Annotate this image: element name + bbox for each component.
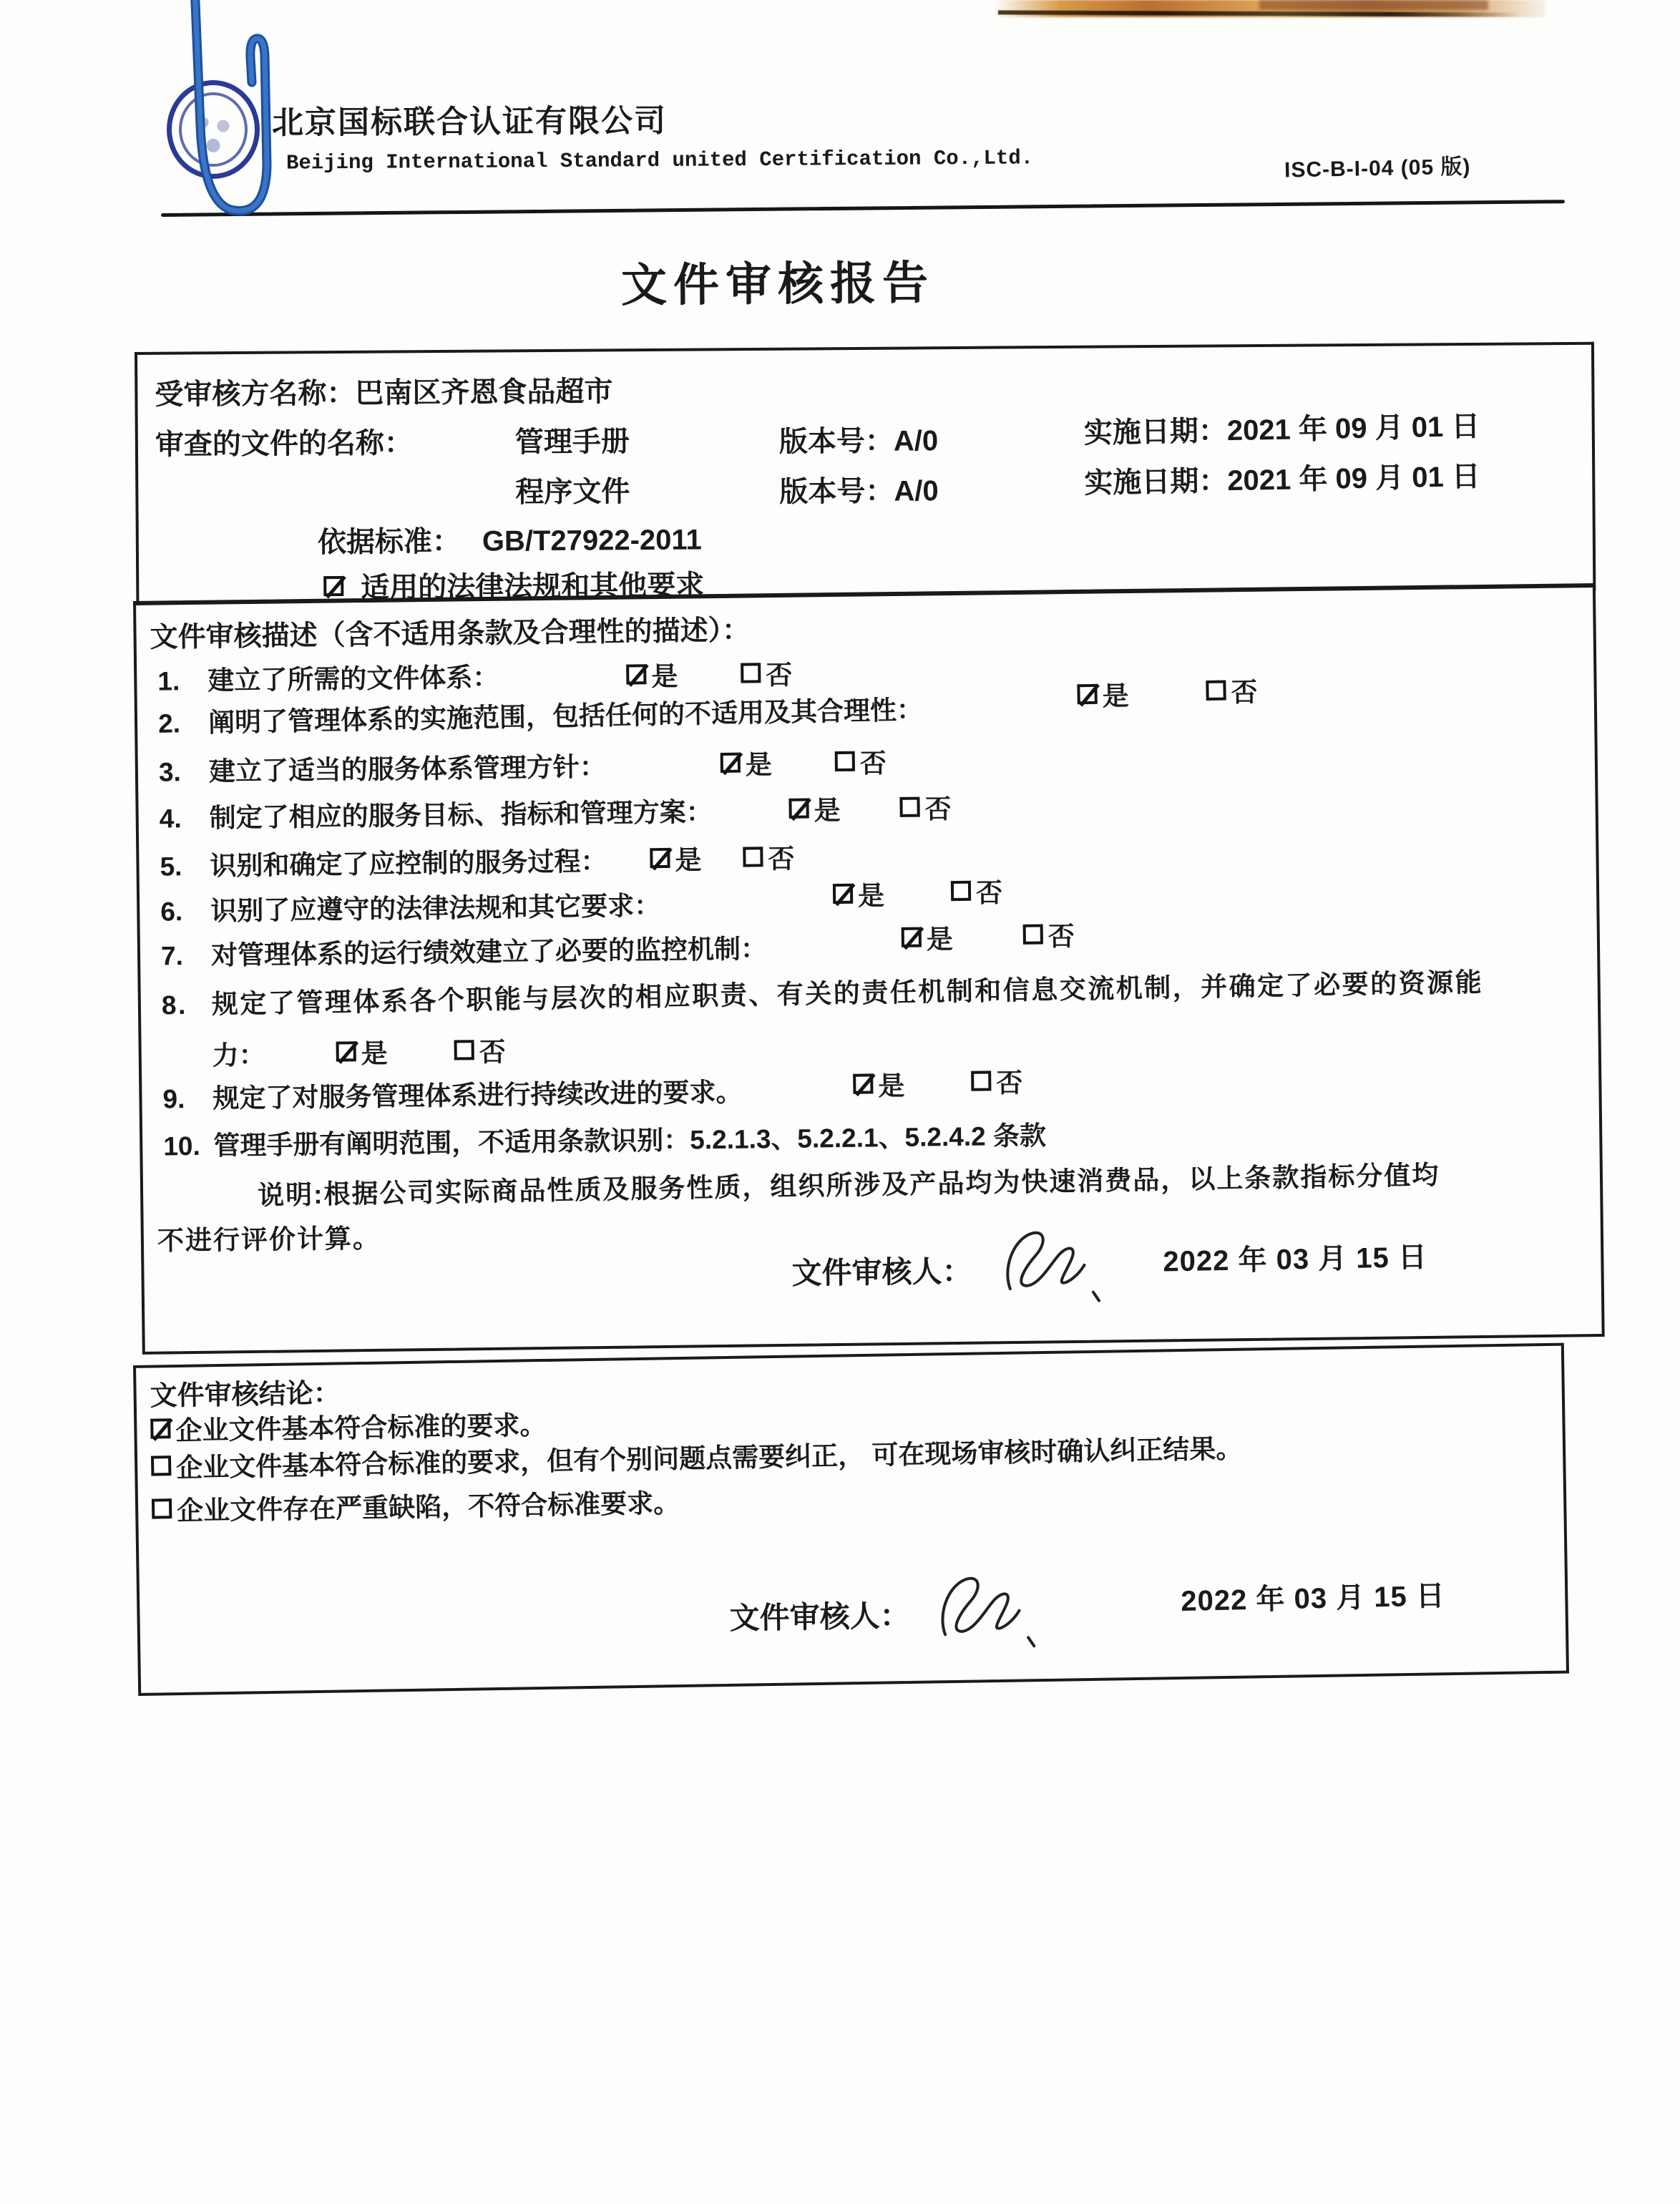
- item-number: 3.: [159, 757, 210, 788]
- standard-row: 依据标准：GB/T27922-2011: [318, 517, 702, 560]
- yes-label: 是: [926, 917, 953, 956]
- yes-label: 是: [814, 789, 841, 827]
- legal-req-checkbox[interactable]: [323, 575, 343, 595]
- item-text: 建立了所需的文件体系：: [207, 663, 499, 696]
- version-label: 版本号：: [779, 476, 894, 508]
- doc2-name: 程序文件: [515, 469, 630, 510]
- company-name-cn: 北京国标联合认证有限公司: [272, 95, 667, 143]
- checkbox-yes[interactable]: [721, 753, 741, 773]
- version-label: 版本号：: [779, 426, 894, 458]
- checkbox-no[interactable]: [743, 847, 763, 867]
- no-label: 否: [479, 1030, 506, 1069]
- impl-date-label: 实施日期：: [1084, 465, 1228, 499]
- doc1-version-row: 版本号：A/0: [779, 418, 939, 460]
- review-item-4: 4.制定了相应的服务目标、指标和管理方案： 是 否: [159, 790, 713, 835]
- item-text: 识别和确定了应控制的服务过程：: [210, 847, 607, 881]
- no-label: 否: [976, 871, 1003, 910]
- conclusion-sign-date: 2022 年 03 月 15 日: [1181, 1573, 1446, 1619]
- review-item-10: 10.管理手册有阐明范围，不适用条款识别：5.2.1.3、5.2.2.1、5.2…: [163, 1113, 1046, 1163]
- no-label: 否: [768, 837, 795, 876]
- item-number: 1.: [157, 666, 208, 697]
- checkbox-no[interactable]: [971, 1071, 991, 1091]
- item-number: 5.: [160, 852, 210, 882]
- checkbox-yes[interactable]: [650, 848, 670, 868]
- item-text: 阐明了管理体系的实施范围，包括任何的不适用及其合理性：: [208, 695, 924, 737]
- standard-value: GB/T27922-2011: [482, 524, 702, 557]
- conclusion-section: 文件审核结论： 企业文件基本符合标准的要求。 企业文件基本符合标准的要求，但有个…: [133, 1343, 1569, 1696]
- reviewer-signature: [923, 1567, 1046, 1659]
- checkbox-yes[interactable]: [1077, 684, 1098, 705]
- review-item-9: 9.规定了对服务管理体系进行持续改进的要求。 是 否: [162, 1071, 743, 1116]
- paperclip-icon: [159, 0, 302, 233]
- conclusion-text: 企业文件存在严重缺陷，不符合标准要求。: [177, 1481, 680, 1528]
- checkbox-no[interactable]: [1206, 680, 1226, 701]
- no-label: 否: [1047, 915, 1075, 953]
- reviewer-label: 文件审核人：: [791, 1248, 972, 1293]
- checkbox-no[interactable]: [951, 881, 971, 901]
- reviewer-signature: [988, 1222, 1111, 1312]
- checkbox-yes[interactable]: [336, 1041, 356, 1061]
- conclusion-checkbox-1[interactable]: [150, 1418, 170, 1438]
- item-number: 4.: [159, 804, 210, 834]
- page-title: 文件审核报告: [621, 246, 935, 315]
- audited-party-row: 受审核方名称：巴南区齐恩食品超市: [155, 369, 612, 412]
- yes-label: 是: [651, 655, 678, 693]
- yes-label: 是: [1102, 674, 1129, 713]
- item-number: 7.: [161, 941, 212, 972]
- doc1-version: A/0: [894, 425, 939, 457]
- item-number: 6.: [160, 897, 211, 927]
- doc2-version-row: 版本号：A/0: [779, 468, 939, 510]
- docs-label: 审查的文件的名称：: [155, 420, 413, 463]
- yes-label: 是: [745, 743, 772, 781]
- checkbox-yes[interactable]: [788, 798, 809, 818]
- item-text: 管理手册有阐明范围，不适用条款识别：5.2.1.3、5.2.2.1、5.2.4.…: [213, 1121, 1046, 1160]
- review-item-5: 5.识别和确定了应控制的服务过程： 是 否: [160, 839, 607, 884]
- yes-label: 是: [361, 1032, 388, 1071]
- yes-label: 是: [878, 1064, 905, 1103]
- yes-label: 是: [858, 874, 885, 912]
- checkbox-no[interactable]: [1023, 924, 1043, 944]
- doc1-name: 管理手册: [515, 419, 630, 460]
- audited-party-label: 受审核方名称：: [155, 378, 355, 411]
- form-code: ISC-B-I-04 (05 版): [1284, 149, 1471, 184]
- conclusion-option-3: 企业文件存在严重缺陷，不符合标准要求。: [152, 1481, 680, 1528]
- review-item-1: 1.建立了所需的文件体系： 是 否: [157, 655, 499, 698]
- conclusion-checkbox-3[interactable]: [152, 1498, 172, 1518]
- no-label: 否: [766, 653, 793, 692]
- item-text: 识别了应遵守的法律法规和其它要求：: [210, 891, 660, 926]
- no-label: 否: [1231, 671, 1258, 710]
- item-text: 建立了适当的服务体系管理方针：: [209, 752, 606, 786]
- item-text: 规定了管理体系各个职能与层次的相应职责、有关的责任机制和信息交流机制，并确定了必…: [212, 967, 1484, 1019]
- review-item-3: 3.建立了适当的服务体系管理方针： 是 否: [159, 745, 607, 789]
- item-number: 2.: [158, 708, 209, 739]
- yes-label: 是: [675, 838, 702, 877]
- item-number: 10.: [163, 1131, 214, 1162]
- review-sign-date: 2022 年 03 月 15 日: [1163, 1234, 1427, 1279]
- standard-label: 依据标准：: [318, 526, 461, 558]
- checkbox-yes[interactable]: [853, 1073, 873, 1093]
- checkbox-no[interactable]: [835, 751, 855, 771]
- item-number: 9.: [162, 1084, 213, 1115]
- no-label: 否: [859, 741, 887, 780]
- checkbox-yes[interactable]: [833, 884, 853, 904]
- doc1-date-row: 实施日期：2021 年 09 月 01 日: [1083, 404, 1480, 452]
- item-text: 制定了相应的服务目标、指标和管理方案：: [209, 797, 712, 833]
- review-note-line1: 说明:根据公司实际商品性质及服务性质，组织所涉及产品均为快速消费品，以上条款指标…: [258, 1153, 1440, 1212]
- checkbox-no[interactable]: [454, 1040, 474, 1060]
- conclusion-checkbox-2[interactable]: [151, 1455, 172, 1476]
- checkbox-yes[interactable]: [626, 664, 646, 684]
- review-item-8-wrap: 力： 是 否: [162, 1033, 265, 1073]
- item-number: 8.: [162, 990, 213, 1020]
- no-label: 否: [996, 1061, 1023, 1100]
- item-text: 对管理体系的运行绩效建立了必要的监控机制：: [211, 934, 767, 970]
- item-text: 规定了对服务管理体系进行持续改进的要求。: [213, 1078, 742, 1113]
- doc2-impl-date: 2021 年 09 月 01 日: [1227, 461, 1480, 497]
- scanned-page: 北京国标联合认证有限公司 Beijing International Stand…: [0, 0, 1680, 2204]
- doc2-date-row: 实施日期：2021 年 09 月 01 日: [1084, 454, 1480, 502]
- review-heading: 文件审核描述（含不适用条款及合理性的描述）：: [150, 608, 750, 655]
- review-item-7: 7.对管理体系的运行绩效建立了必要的监控机制： 是 否: [161, 927, 768, 972]
- no-label: 否: [924, 787, 952, 826]
- review-item-6: 6.识别了应遵守的法律法规和其它要求： 是 否: [160, 884, 661, 929]
- reviewer-label: 文件审核人：: [729, 1592, 910, 1638]
- review-description-section: 文件审核描述（含不适用条款及合理性的描述）： 1.建立了所需的文件体系： 是 否…: [133, 583, 1605, 1355]
- company-name-en: Beijing International Standard united Ce…: [286, 146, 1033, 175]
- doc1-impl-date: 2021 年 09 月 01 日: [1226, 411, 1480, 447]
- audited-party-value: 巴南区齐恩食品超市: [355, 376, 612, 409]
- checkbox-no[interactable]: [741, 663, 761, 683]
- header-rule: [161, 200, 1565, 217]
- checkbox-yes[interactable]: [902, 927, 922, 947]
- doc2-version: A/0: [894, 475, 939, 507]
- scan-smudge-blob: [1259, 0, 1488, 10]
- audited-party-section: 受审核方名称：巴南区齐恩食品超市 审查的文件的名称： 管理手册 版本号：A/0 …: [135, 342, 1596, 601]
- review-note-line2: 不进行评价计算。: [157, 1216, 381, 1258]
- checkbox-no[interactable]: [899, 797, 919, 817]
- impl-date-label: 实施日期：: [1083, 415, 1227, 449]
- item-text-continued: 力：: [213, 1040, 265, 1071]
